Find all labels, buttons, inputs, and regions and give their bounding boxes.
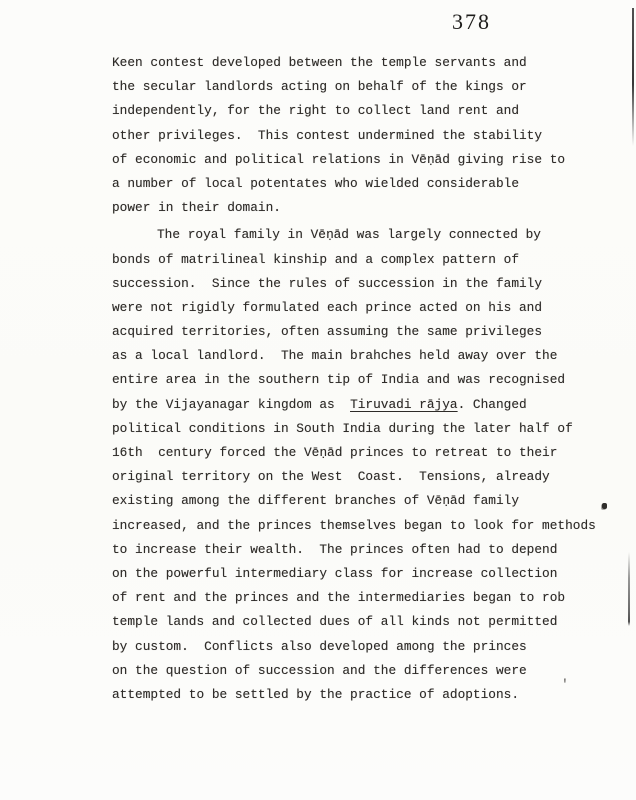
text-line: The royal family in Vēṇād was largely co… bbox=[112, 223, 617, 247]
text-line: of economic and political relations in V… bbox=[112, 148, 617, 172]
text-line: independently, for the right to collect … bbox=[112, 99, 617, 123]
text-segment: entire area in the southern tip of India… bbox=[112, 372, 565, 387]
page-number: 378 bbox=[452, 9, 491, 35]
text-segment: . Changed bbox=[458, 397, 527, 412]
underlined-term: Tiruvadi rājya bbox=[350, 397, 458, 412]
text-segment: bonds of matrilineal kinship and a compl… bbox=[112, 252, 519, 267]
text-segment: were not rigidly formulated each prince … bbox=[112, 300, 542, 315]
text-line: temple lands and collected dues of all k… bbox=[112, 610, 617, 634]
text-segment: succession. Since the rules of successio… bbox=[112, 276, 542, 291]
text-line: the secular landlords acting on behalf o… bbox=[112, 75, 617, 99]
text-line: on the powerful intermediary class for i… bbox=[112, 562, 617, 586]
text-segment: original territory on the West Coast. Te… bbox=[112, 469, 550, 484]
text-line: political conditions in South India duri… bbox=[112, 417, 617, 441]
text-line: existing among the different branches of… bbox=[112, 489, 617, 513]
document-body: Keen contest developed between the templ… bbox=[112, 51, 617, 707]
text-segment: independently, for the right to collect … bbox=[112, 103, 519, 118]
scan-speck-artifact bbox=[602, 503, 607, 509]
text-line: 16th century forced the Vēṇād princes to… bbox=[112, 441, 617, 465]
paragraph: Keen contest developed between the templ… bbox=[112, 51, 617, 220]
text-segment: power in their domain. bbox=[112, 200, 281, 215]
text-segment: attempted to be settled by the practice … bbox=[112, 687, 519, 702]
text-line: by custom. Conflicts also developed amon… bbox=[112, 635, 617, 659]
text-line: by the Vijayanagar kingdom as Tiruvadi r… bbox=[112, 393, 617, 417]
text-segment: on the question of succession and the di… bbox=[112, 663, 527, 678]
text-segment: the secular landlords acting on behalf o… bbox=[112, 79, 527, 94]
text-segment: by custom. Conflicts also developed amon… bbox=[112, 639, 527, 654]
text-segment: of rent and the princes and the intermed… bbox=[112, 590, 565, 605]
text-segment: on the powerful intermediary class for i… bbox=[112, 566, 557, 581]
text-segment: The royal family in Vēṇād was largely co… bbox=[157, 227, 541, 242]
text-segment: 16th century forced the Vēṇād princes to… bbox=[112, 445, 557, 460]
text-segment: Keen contest developed between the templ… bbox=[112, 55, 527, 70]
text-line: of rent and the princes and the intermed… bbox=[112, 586, 617, 610]
text-line: bonds of matrilineal kinship and a compl… bbox=[112, 248, 617, 272]
text-segment: increased, and the princes themselves be… bbox=[112, 518, 596, 533]
text-segment: temple lands and collected dues of all k… bbox=[112, 614, 557, 629]
text-line: other privileges. This contest undermine… bbox=[112, 124, 617, 148]
text-segment: other privileges. This contest undermine… bbox=[112, 128, 542, 143]
text-segment: acquired territories, often assuming the… bbox=[112, 324, 542, 339]
text-line: a number of local potentates who wielded… bbox=[112, 172, 617, 196]
text-segment: existing among the different branches of… bbox=[112, 493, 519, 508]
text-line: were not rigidly formulated each prince … bbox=[112, 296, 617, 320]
paragraph: The royal family in Vēṇād was largely co… bbox=[112, 223, 617, 707]
scanned-page: 378 Keen contest developed between the t… bbox=[0, 0, 636, 800]
text-line: attempted to be settled by the practice … bbox=[112, 683, 617, 707]
scan-edge-artifact-top bbox=[632, 8, 634, 146]
text-line: Keen contest developed between the templ… bbox=[112, 51, 617, 75]
text-line: succession. Since the rules of successio… bbox=[112, 272, 617, 296]
text-line: entire area in the southern tip of India… bbox=[112, 368, 617, 392]
scan-edge-artifact-mid bbox=[628, 552, 630, 626]
text-segment: by the Vijayanagar kingdom as bbox=[112, 397, 350, 412]
text-segment: political conditions in South India duri… bbox=[112, 421, 573, 436]
stray-pen-mark: ' bbox=[561, 677, 569, 692]
text-segment: of economic and political relations in V… bbox=[112, 152, 565, 167]
text-line: on the question of succession and the di… bbox=[112, 659, 617, 683]
text-line: original territory on the West Coast. Te… bbox=[112, 465, 617, 489]
text-line: increased, and the princes themselves be… bbox=[112, 514, 617, 538]
text-segment: to increase their wealth. The princes of… bbox=[112, 542, 557, 557]
text-segment: a number of local potentates who wielded… bbox=[112, 176, 519, 191]
text-line: acquired territories, often assuming the… bbox=[112, 320, 617, 344]
text-line: power in their domain. bbox=[112, 196, 617, 220]
text-segment: as a local landlord. The main brahches h… bbox=[112, 348, 557, 363]
text-line: as a local landlord. The main brahches h… bbox=[112, 344, 617, 368]
text-line: to increase their wealth. The princes of… bbox=[112, 538, 617, 562]
